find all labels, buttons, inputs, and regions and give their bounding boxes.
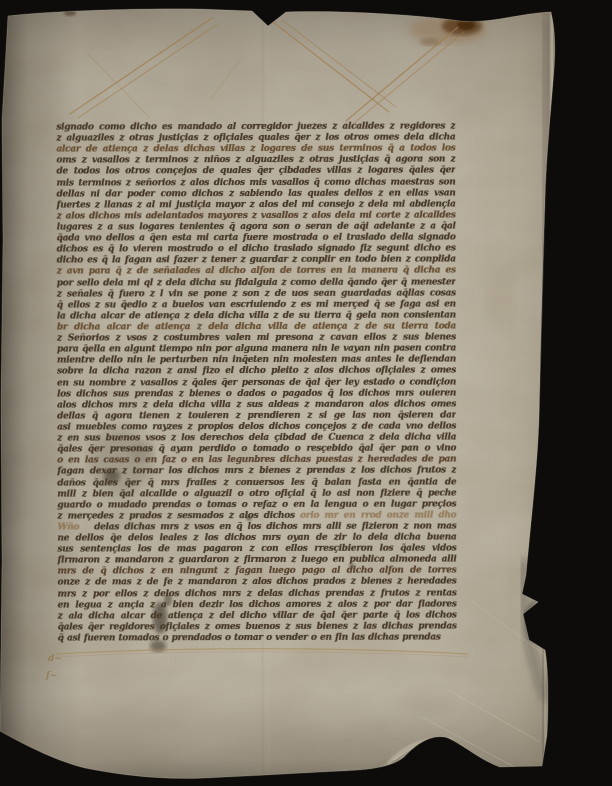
manuscript-line: z merçedes z prados z sesmados z alos di… xyxy=(57,510,456,522)
margin-mark: d~ xyxy=(48,654,62,664)
manuscript-text-block: signado como dicho es mandado al corregi… xyxy=(56,121,456,646)
margin-mark: ſ~ xyxy=(46,671,57,681)
manuscript-line: q̃ asi fueren tomados o prendados o toma… xyxy=(58,633,457,645)
photo-backdrop: signado como dicho es mandado al corregi… xyxy=(0,0,612,786)
manuscript-line: guardo o mudado prendas o tomas o refaz … xyxy=(57,499,456,511)
